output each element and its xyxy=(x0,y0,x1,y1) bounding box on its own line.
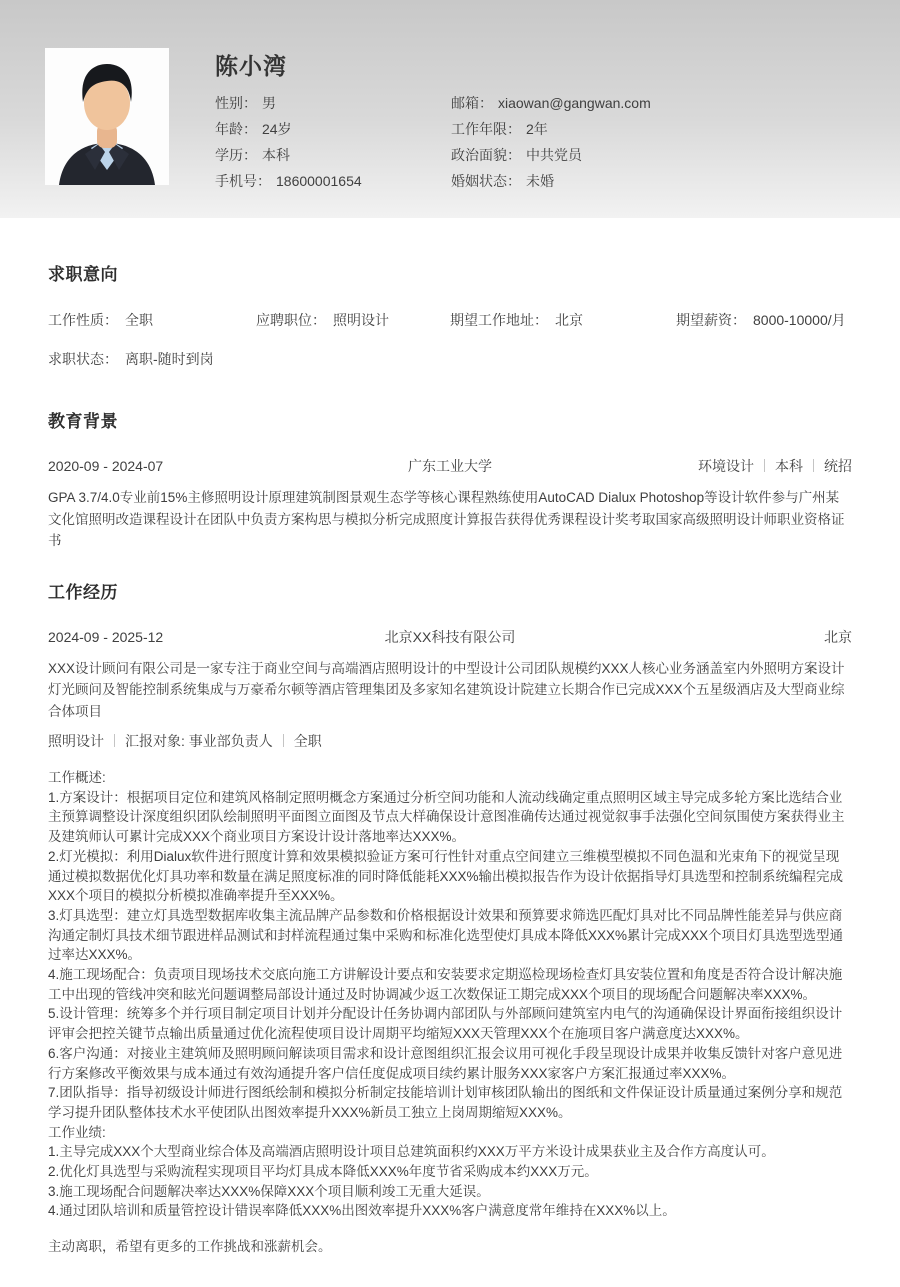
detail-political-status: 政治面貌：中共党员 xyxy=(451,146,651,164)
work-row: 2024-09 - 2025-12 北京XX科技有限公司 北京 xyxy=(48,627,852,647)
school-name: 广东工业大学 xyxy=(316,456,584,476)
education-period: 2020-09 - 2024-07 xyxy=(48,458,316,474)
major: 环境设计 xyxy=(698,458,754,474)
detail-label: 政治面貌： xyxy=(451,147,521,163)
detail-label: 婚姻状态： xyxy=(451,173,521,189)
duty-item: 5.设计管理：统筹多个并行项目制定项目计划并分配设计任务协调内部团队与外部顾问建… xyxy=(48,1004,852,1043)
company-intro: XXX设计顾问有限公司是一家专注于商业空间与高端酒店照明设计的中型设计公司团队规… xyxy=(48,658,852,723)
duty-item: 4.施工现场配合：负责项目现场技术交底向施工方讲解设计要点和安装要求定期巡检现场… xyxy=(48,965,852,1004)
detail-age: 年龄：24岁 xyxy=(215,120,451,138)
section-title-education: 教育背景 xyxy=(48,407,852,432)
report-tag: 汇报对象: 事业部负责人 xyxy=(125,733,273,749)
detail-value: 18600001654 xyxy=(276,173,362,189)
company-name: 北京XX科技有限公司 xyxy=(316,627,584,647)
enrollment-type: 统招 xyxy=(824,458,852,474)
resume-header: 陈小湾 性别：男 邮箱：xiaowan@gangwan.com 年龄：24岁 工… xyxy=(0,0,900,218)
position-tag: 照明设计 xyxy=(48,733,104,749)
detail-value: 24岁 xyxy=(262,121,292,137)
detail-label: 手机号： xyxy=(215,173,271,189)
field-target-position: 应聘职位：照明设计 xyxy=(256,310,450,330)
detail-label: 性别： xyxy=(215,95,257,111)
profile-photo xyxy=(45,48,169,185)
duty-item: 1.方案设计：根据项目定位和建筑风格制定照明概念方案通过分析空间功能和人流动线确… xyxy=(48,788,852,847)
work-overview-label: 工作概述: xyxy=(48,768,852,788)
candidate-name: 陈小湾 xyxy=(215,48,287,81)
detail-degree: 学历：本科 xyxy=(215,146,451,164)
duty-item: 7.团队指导：指导初级设计师进行图纸绘制和模拟分析制定技能培训计划审核团队输出的… xyxy=(48,1083,852,1122)
work-period: 2024-09 - 2025-12 xyxy=(48,629,316,645)
detail-value: 本科 xyxy=(262,147,290,163)
field-label: 期望薪资： xyxy=(676,312,746,328)
duty-item: 2.灯光模拟：利用Dialux软件进行照度计算和效果模拟验证方案可行性针对重点空… xyxy=(48,847,852,906)
detail-value: 中共党员 xyxy=(526,147,582,163)
duty-item: 3.灯具选型：建立灯具选型数据库收集主流品牌产品参数和价格根据设计效果和预算要求… xyxy=(48,906,852,965)
field-value: 全职 xyxy=(125,312,153,328)
field-value: 照明设计 xyxy=(333,312,389,328)
job-type-tag: 全职 xyxy=(294,733,322,749)
detail-label: 年龄： xyxy=(215,121,257,137)
detail-value: xiaowan@gangwan.com xyxy=(498,95,651,111)
education-meta: 环境设计本科统招 xyxy=(584,456,852,476)
field-label: 期望工作地址： xyxy=(450,312,548,328)
section-title-work: 工作经历 xyxy=(48,578,852,603)
field-job-status: 求职状态：离职-随时到岗 xyxy=(48,349,852,369)
detail-experience-years: 工作年限：2年 xyxy=(451,120,651,138)
education-description: GPA 3.7/4.0专业前15%主修照明设计原理建筑制图景观生态学等核心课程熟… xyxy=(48,487,852,552)
field-value: 离职-随时到岗 xyxy=(125,351,214,367)
divider xyxy=(114,734,115,747)
field-label: 工作性质： xyxy=(48,312,118,328)
field-label: 求职状态： xyxy=(48,351,118,367)
detail-label: 工作年限： xyxy=(451,121,521,137)
achievement-item: 4.通过团队培训和质量管控设计错误率降低XXX%出图效率提升XXX%客户满意度常… xyxy=(48,1201,852,1221)
detail-label: 学历： xyxy=(215,147,257,163)
position-meta-row: 照明设计汇报对象: 事业部负责人全职 xyxy=(48,731,852,751)
achievement-item: 1.主导完成XXX个大型商业综合体及高端酒店照明设计项目总建筑面积约XXX万平方… xyxy=(48,1142,852,1162)
resignation-note: 主动离职，希望有更多的工作挑战和涨薪机会。 xyxy=(48,1237,852,1257)
personal-details: 性别：男 邮箱：xiaowan@gangwan.com 年龄：24岁 工作年限：… xyxy=(215,94,651,190)
field-target-location: 期望工作地址：北京 xyxy=(450,310,676,330)
detail-label: 邮箱： xyxy=(451,95,493,111)
achievements-label: 工作业绩: xyxy=(48,1123,852,1143)
portrait-illustration xyxy=(45,48,169,185)
degree: 本科 xyxy=(775,458,803,474)
detail-value: 男 xyxy=(262,95,276,111)
section-title-job-intent: 求职意向 xyxy=(48,260,852,285)
field-value: 8000-10000/月 xyxy=(753,312,846,328)
duty-item: 6.客户沟通：对接业主建筑师及照明顾问解读项目需求和设计意图组织汇报会议用可视化… xyxy=(48,1044,852,1083)
achievement-item: 2.优化灯具选型与采购流程实现项目平均灯具成本降低XXX%年度节省采购成本约XX… xyxy=(48,1162,852,1182)
divider xyxy=(764,459,765,472)
work-description: 工作概述: 1.方案设计：根据项目定位和建筑风格制定照明概念方案通过分析空间功能… xyxy=(48,768,852,1221)
detail-marital-status: 婚姻状态：未婚 xyxy=(451,172,651,190)
divider xyxy=(283,734,284,747)
field-value: 北京 xyxy=(555,312,583,328)
detail-value: 2年 xyxy=(526,121,548,137)
work-location: 北京 xyxy=(584,627,852,647)
detail-email: 邮箱：xiaowan@gangwan.com xyxy=(451,94,651,112)
field-expected-salary: 期望薪资：8000-10000/月 xyxy=(676,310,852,330)
detail-value: 未婚 xyxy=(526,173,554,189)
achievement-item: 3.施工现场配合问题解决率达XXX%保障XXX个项目顺利竣工无重大延误。 xyxy=(48,1182,852,1202)
field-work-type: 工作性质：全职 xyxy=(48,310,256,330)
detail-phone: 手机号：18600001654 xyxy=(215,172,451,190)
education-row: 2020-09 - 2024-07 广东工业大学 环境设计本科统招 xyxy=(48,456,852,476)
resume-body: 求职意向 工作性质：全职 应聘职位：照明设计 期望工作地址：北京 期望薪资：80… xyxy=(0,260,900,1287)
resume-page: 陈小湾 性别：男 邮箱：xiaowan@gangwan.com 年龄：24岁 工… xyxy=(0,0,900,1287)
detail-gender: 性别：男 xyxy=(215,94,451,112)
job-intent-row: 工作性质：全职 应聘职位：照明设计 期望工作地址：北京 期望薪资：8000-10… xyxy=(48,310,852,330)
field-label: 应聘职位： xyxy=(256,312,326,328)
divider xyxy=(813,459,814,472)
